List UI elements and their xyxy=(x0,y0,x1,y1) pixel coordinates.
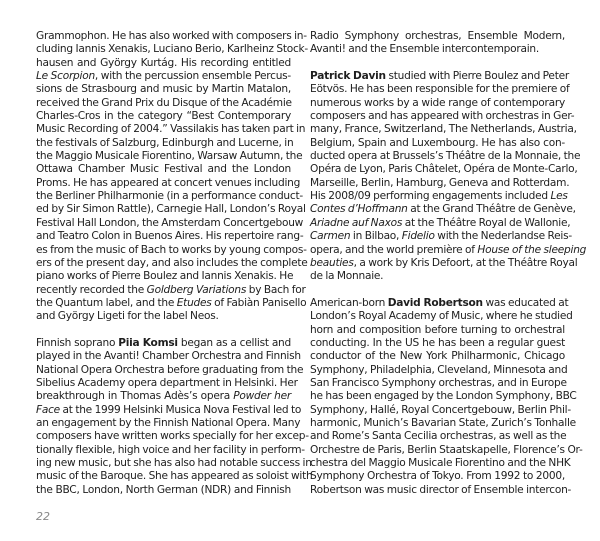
paragraph: Radio Symphony orchestras, Ensemble Mode… xyxy=(310,30,565,57)
text-segment: Symphony, Philadelphia, Cleveland, Minne… xyxy=(310,364,567,376)
text-line: Robertson was music director of Ensemble… xyxy=(310,484,565,497)
text-line: Charles-Cros in the category “Best Conte… xyxy=(36,110,291,123)
text-segment: San Francisco Symphony orchestras, and i… xyxy=(310,377,567,389)
text-line: hausen and György Kurtág. His recording … xyxy=(36,57,291,70)
text-line: Eötvös. He has been responsible for the … xyxy=(310,83,565,96)
text-line: he has been engaged by the London Sympho… xyxy=(310,390,565,403)
text-line: Opéra de Lyon, Paris Châtelet, Opéra de … xyxy=(310,163,565,176)
text-line: breakthrough in Thomas Adès’s opera Powd… xyxy=(36,390,291,403)
text-segment: Eötvös. He has been responsible for the … xyxy=(310,83,570,95)
text-segment: conductor of the New York Philharmonic, … xyxy=(310,350,565,362)
text-segment: de la Monnaie. xyxy=(310,270,383,282)
left-column: Grammophon. He has also worked with comp… xyxy=(36,30,291,497)
text-segment: at the Grand Théâtre de Genève, xyxy=(408,203,576,215)
text-segment: National Opera Orchestra before graduati… xyxy=(36,364,303,376)
text-line: ing new music, but she has also had nota… xyxy=(36,457,291,470)
text-segment: the festivals of Salzburg, Edinburgh and… xyxy=(36,137,293,149)
text-line: Festival Hall London, the Amsterdam Conc… xyxy=(36,217,291,230)
text-segment: Opéra de Lyon, Paris Châtelet, Opéra de … xyxy=(310,163,578,175)
text-line: horn and composition before turning to o… xyxy=(310,324,565,337)
text-line: ers of the present day, and also include… xyxy=(36,257,291,270)
bold-name: Piia Komsi xyxy=(118,337,178,349)
text-line: composers have written works specially f… xyxy=(36,430,291,443)
text-line: opera, and the world première of House o… xyxy=(310,244,565,257)
text-segment: at the Théâtre Royal de Wallonie, xyxy=(402,217,570,229)
text-segment: and Rome’s Santa Cecilia orchestras, as … xyxy=(310,430,566,442)
text-line: the Maggio Musicale Fiorentino, Warsaw A… xyxy=(36,150,291,163)
text-segment: sions de Strasbourg and music by Martin … xyxy=(36,83,291,95)
text-segment: numerous works by a wide range of contem… xyxy=(310,97,565,109)
text-segment: at the 1999 Helsinki Musica Nova Festiva… xyxy=(60,404,301,416)
text-line: many, France, Switzerland, The Netherlan… xyxy=(310,123,565,136)
italic-title: Goldberg Variations xyxy=(147,284,246,296)
text-segment: Proms. He has appeared at concert venues… xyxy=(36,177,300,189)
text-line: music of the Baroque. She has appeared a… xyxy=(36,470,291,483)
text-segment: Charles-Cros in the category “Best Conte… xyxy=(36,110,291,122)
text-segment: Symphony, Hallé, Royal Concertgebouw, Be… xyxy=(310,404,571,416)
text-segment: ing new music, but she has also had nota… xyxy=(36,457,312,469)
text-line: Symphony Orchestra of Tokyo. From 1992 t… xyxy=(310,470,565,483)
bold-name: David Robertson xyxy=(388,297,483,309)
text-segment: received the Grand Prix du Disque of the… xyxy=(36,97,292,109)
text-line: Le Scorpion, with the percussion ensembl… xyxy=(36,70,291,83)
text-line: Avanti! and the Ensemble intercontempora… xyxy=(310,43,565,56)
text-segment: Symphony Orchestra of Tokyo. From 1992 t… xyxy=(310,470,565,482)
text-line: Symphony, Philadelphia, Cleveland, Minne… xyxy=(310,364,565,377)
text-line: Symphony, Hallé, Royal Concertgebouw, Be… xyxy=(310,404,565,417)
text-segment: Marseille, Berlin, Hamburg, Geneva and R… xyxy=(310,177,569,189)
text-line: Belgium, Spain and Luxembourg. He has al… xyxy=(310,137,565,150)
text-segment: composers and has appeared with orchestr… xyxy=(310,110,574,122)
italic-title: Ariadne auf Naxos xyxy=(310,217,402,229)
text-segment: Ottawa Chamber Music Festival and the Lo… xyxy=(36,163,291,175)
text-line: Face at the 1999 Helsinki Musica Nova Fe… xyxy=(36,404,291,417)
text-segment: es from the music of Bach to works by yo… xyxy=(36,244,307,256)
text-segment: harmonic, Munich’s Bavarian State, Zuric… xyxy=(310,417,576,429)
text-line: Contes d’Hoffmann at the Grand Théâtre d… xyxy=(310,203,565,216)
text-segment: and György Ligeti for the label Neos. xyxy=(36,310,219,322)
text-line: Orchestre de Paris, Berlin Staatskapelle… xyxy=(310,444,565,457)
text-segment: studied with Pierre Boulez and Peter xyxy=(386,70,569,82)
text-line: ed by Sir Simon Rattle), Carnegie Hall, … xyxy=(36,203,291,216)
text-line: an engagement by the Finnish National Op… xyxy=(36,417,291,430)
text-segment: was educated at xyxy=(483,297,569,309)
text-segment: Finnish soprano xyxy=(36,337,118,349)
italic-title: Powder her xyxy=(233,390,291,402)
text-segment: tionally flexible, high voice and her fa… xyxy=(36,444,305,456)
text-segment: with the Nederlandse Reis- xyxy=(435,230,572,242)
text-segment: played in the Avanti! Chamber Orchestra … xyxy=(36,350,301,362)
text-segment: he has been engaged by the London Sympho… xyxy=(310,390,577,402)
paragraph: American-born David Robertson was educat… xyxy=(310,297,565,497)
text-line: composers and has appeared with orchestr… xyxy=(310,110,565,123)
text-segment: Music Recording of 2004.” Vassilakis has… xyxy=(36,123,305,135)
text-line: ducted opera at Brussels’s Théâtre de la… xyxy=(310,150,565,163)
italic-title: Le Scorpion xyxy=(36,70,95,82)
text-line: the festivals of Salzburg, Edinburgh and… xyxy=(36,137,291,150)
text-line: London’s Royal Academy of Music, where h… xyxy=(310,310,565,323)
text-line: San Francisco Symphony orchestras, and i… xyxy=(310,377,565,390)
text-segment: Grammophon. He has also worked with comp… xyxy=(36,30,307,42)
text-segment: Radio Symphony orchestras, Ensemble Mode… xyxy=(310,30,565,42)
text-segment: recently recorded the xyxy=(36,284,147,296)
text-line: the Quantum label, and the Etudes of Fab… xyxy=(36,297,291,310)
text-line: Patrick Davin studied with Pierre Boulez… xyxy=(310,70,565,83)
text-segment: breakthrough in Thomas Adès’s opera xyxy=(36,390,233,402)
text-segment: , a work by Kris Defoort, at the Théâtre… xyxy=(354,257,578,269)
text-line: and Rome’s Santa Cecilia orchestras, as … xyxy=(310,430,565,443)
text-segment: ducted opera at Brussels’s Théâtre de la… xyxy=(310,150,580,162)
text-line: and György Ligeti for the label Neos. xyxy=(36,310,291,323)
text-segment: conducting. In the US he has been a regu… xyxy=(310,337,565,349)
italic-title: beauties xyxy=(310,257,354,269)
text-line: de la Monnaie. xyxy=(310,270,565,283)
text-segment: , with the percussion ensemble Percus- xyxy=(95,70,291,82)
text-line: Music Recording of 2004.” Vassilakis has… xyxy=(36,123,291,136)
text-line: conducting. In the US he has been a regu… xyxy=(310,337,565,350)
italic-title: Face xyxy=(36,404,60,416)
text-line: Ariadne auf Naxos at the Théâtre Royal d… xyxy=(310,217,565,230)
text-segment: Avanti! and the Ensemble intercontempora… xyxy=(310,43,539,55)
text-segment: horn and composition before turning to o… xyxy=(310,324,565,336)
text-line: recently recorded the Goldberg Variation… xyxy=(36,284,291,297)
text-line: received the Grand Prix du Disque of the… xyxy=(36,97,291,110)
text-line: His 2008/09 performing engagements inclu… xyxy=(310,190,565,203)
text-line: beauties, a work by Kris Defoort, at the… xyxy=(310,257,565,270)
text-line: Proms. He has appeared at concert venues… xyxy=(36,177,291,190)
text-segment: ed by Sir Simon Rattle), Carnegie Hall, … xyxy=(36,203,306,215)
text-segment: and Teatro Colon in Buenos Aires. His re… xyxy=(36,230,303,242)
text-segment: cluding Iannis Xenakis, Luciano Berio, K… xyxy=(36,43,308,55)
text-segment: London’s Royal Academy of Music, where h… xyxy=(310,310,573,322)
text-line: Marseille, Berlin, Hamburg, Geneva and R… xyxy=(310,177,565,190)
italic-title: Etudes xyxy=(177,297,212,309)
text-segment: the Quantum label, and the xyxy=(36,297,177,309)
text-segment: American-born xyxy=(310,297,388,309)
text-segment: in Bilbao, xyxy=(350,230,401,242)
text-segment: music of the Baroque. She has appeared a… xyxy=(36,470,312,482)
text-segment: Belgium, Spain and Luxembourg. He has al… xyxy=(310,137,565,149)
text-line: chestra del Maggio Musicale Fiorentino a… xyxy=(310,457,565,470)
italic-title: House of the sleeping xyxy=(477,244,586,256)
page-number: 22 xyxy=(36,510,50,523)
text-segment: the Maggio Musicale Fiorentino, Warsaw A… xyxy=(36,150,302,162)
text-line: Carmen in Bilbao, Fidelio with the Neder… xyxy=(310,230,565,243)
text-segment: the BBC, London, North German (NDR) and … xyxy=(36,484,291,496)
text-line: sions de Strasbourg and music by Martin … xyxy=(36,83,291,96)
text-line: Grammophon. He has also worked with comp… xyxy=(36,30,291,43)
text-line: tionally flexible, high voice and her fa… xyxy=(36,444,291,457)
text-segment: chestra del Maggio Musicale Fiorentino a… xyxy=(310,457,570,469)
text-line: American-born David Robertson was educat… xyxy=(310,297,565,310)
text-line: cluding Iannis Xenakis, Luciano Berio, K… xyxy=(36,43,291,56)
text-segment: began as a cellist and xyxy=(178,337,291,349)
text-line: harmonic, Munich’s Bavarian State, Zuric… xyxy=(310,417,565,430)
text-line: conductor of the New York Philharmonic, … xyxy=(310,350,565,363)
text-segment: Robertson was music director of Ensemble… xyxy=(310,484,571,496)
text-segment: an engagement by the Finnish National Op… xyxy=(36,417,300,429)
text-segment: His 2008/09 performing engagements inclu… xyxy=(310,190,550,202)
right-column: Radio Symphony orchestras, Ensemble Mode… xyxy=(310,30,565,497)
text-line: the BBC, London, North German (NDR) and … xyxy=(36,484,291,497)
text-segment: Orchestre de Paris, Berlin Staatskapelle… xyxy=(310,444,583,456)
text-line: es from the music of Bach to works by yo… xyxy=(36,244,291,257)
paragraph: Finnish soprano Piia Komsi began as a ce… xyxy=(36,337,291,497)
text-line: numerous works by a wide range of contem… xyxy=(310,97,565,110)
text-segment: ers of the present day, and also include… xyxy=(36,257,308,269)
italic-title: Les xyxy=(550,190,567,202)
text-segment: of Fabiàn Panisello xyxy=(212,297,307,309)
paragraph: Grammophon. He has also worked with comp… xyxy=(36,30,291,324)
text-line: and Teatro Colon in Buenos Aires. His re… xyxy=(36,230,291,243)
text-segment: Festival Hall London, the Amsterdam Conc… xyxy=(36,217,303,229)
text-segment: Sibelius Academy opera department in Hel… xyxy=(36,377,298,389)
italic-title: Contes d’Hoffmann xyxy=(310,203,408,215)
text-line: Radio Symphony orchestras, Ensemble Mode… xyxy=(310,30,565,43)
text-segment: composers have written works specially f… xyxy=(36,430,309,442)
text-line: National Opera Orchestra before graduati… xyxy=(36,364,291,377)
text-segment: the Berliner Philharmonie (in a performa… xyxy=(36,190,303,202)
text-segment: by Bach for xyxy=(246,284,305,296)
text-segment: many, France, Switzerland, The Netherlan… xyxy=(310,123,577,135)
text-segment: opera, and the world première of xyxy=(310,244,477,256)
text-line: the Berliner Philharmonie (in a performa… xyxy=(36,190,291,203)
text-line: Ottawa Chamber Music Festival and the Lo… xyxy=(36,163,291,176)
paragraph: Patrick Davin studied with Pierre Boulez… xyxy=(310,70,565,284)
text-line: piano works of Pierre Boulez and Iannis … xyxy=(36,270,291,283)
italic-title: Fidelio xyxy=(402,230,435,242)
text-line: Sibelius Academy opera department in Hel… xyxy=(36,377,291,390)
text-segment: hausen and György Kurtág. His recording … xyxy=(36,57,291,69)
text-segment: piano works of Pierre Boulez and Iannis … xyxy=(36,270,293,282)
bold-name: Patrick Davin xyxy=(310,70,386,82)
italic-title: Carmen xyxy=(310,230,350,242)
text-line: played in the Avanti! Chamber Orchestra … xyxy=(36,350,291,363)
text-line: Finnish soprano Piia Komsi began as a ce… xyxy=(36,337,291,350)
